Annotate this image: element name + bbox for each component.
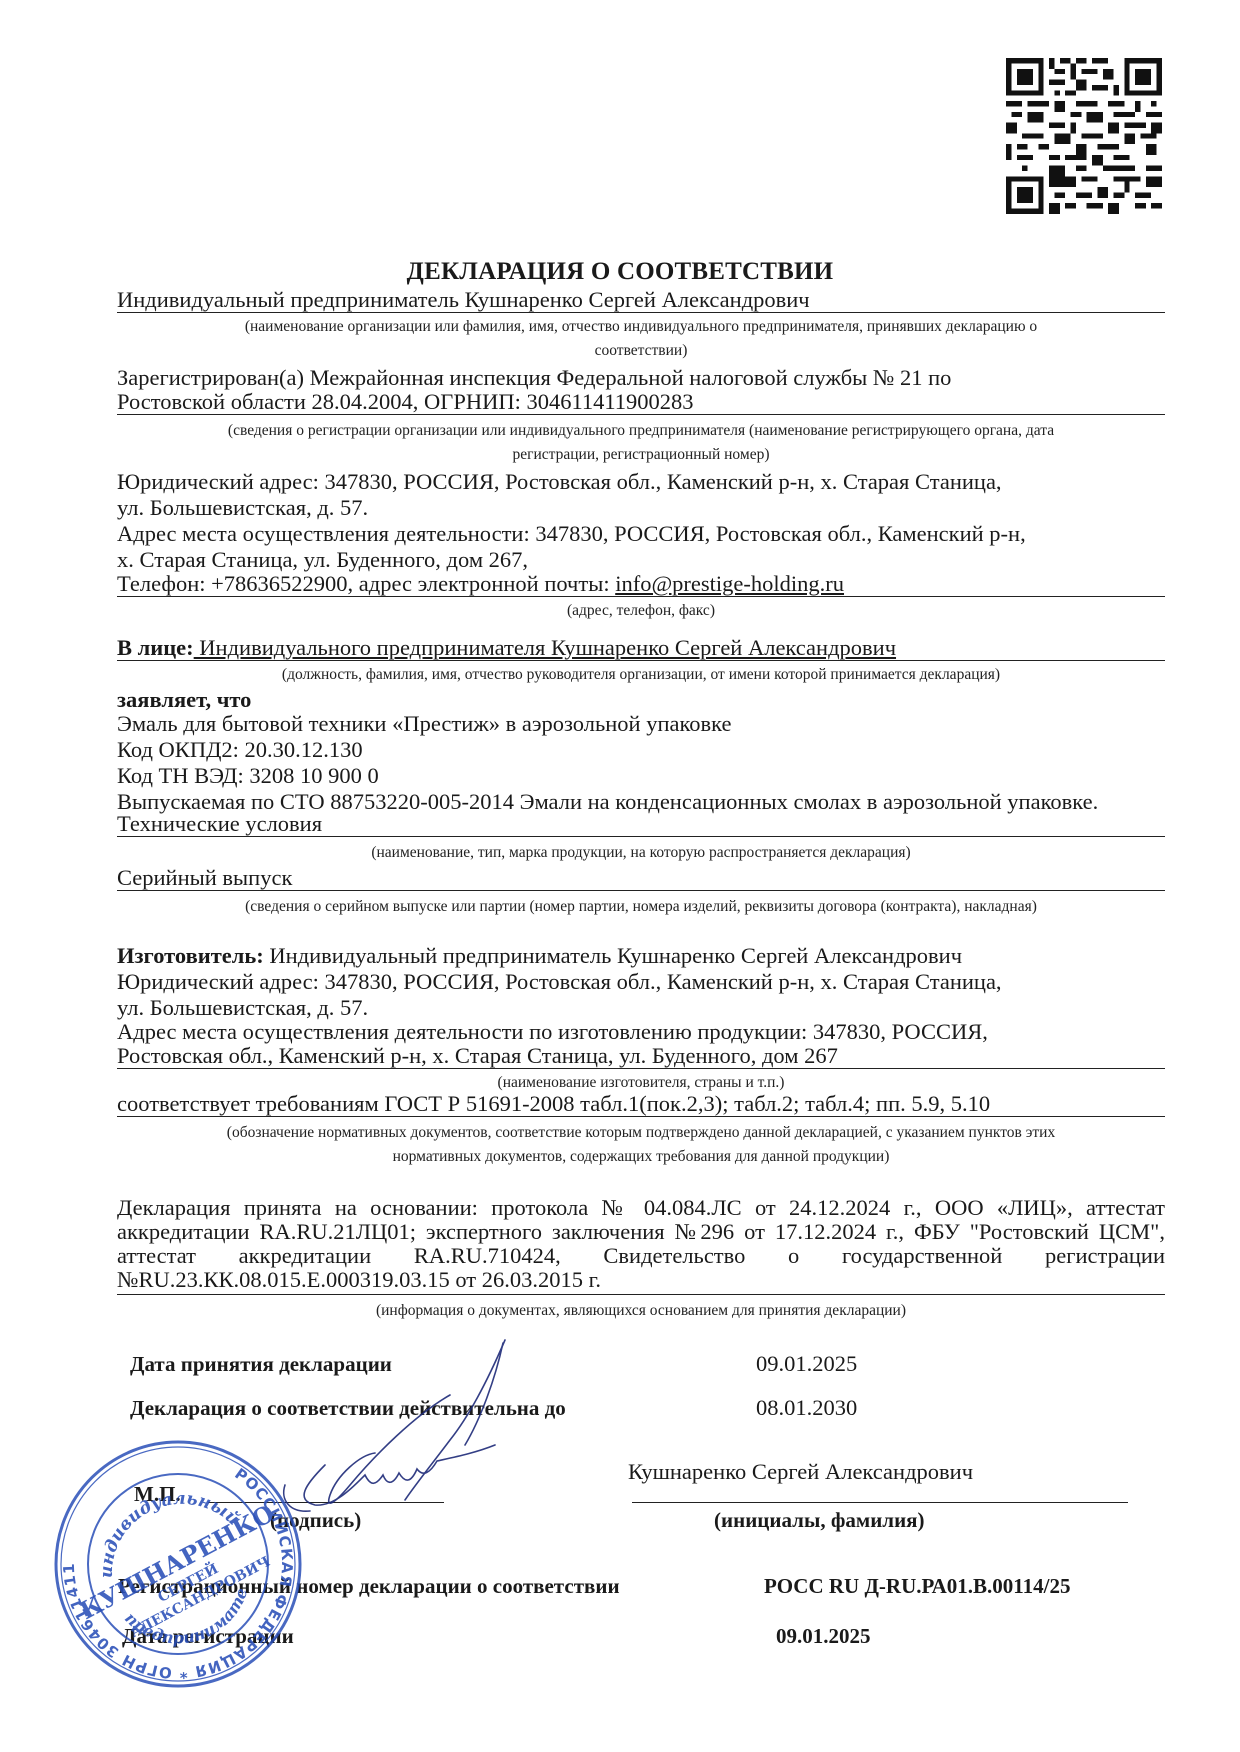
product-name: Эмаль для бытовой техники «Престиж» в аэ… xyxy=(117,712,1165,736)
handwritten-signature-icon xyxy=(265,1335,525,1520)
registration-line-1: Зарегистрирован(а) Межрайонная инспекция… xyxy=(117,366,1165,390)
batch-caption: (сведения о серийном выпуске или партии … xyxy=(117,894,1165,920)
activity-address-line-2: х. Старая Станица, ул. Буденного, дом 26… xyxy=(117,548,1165,572)
product-tn-ved: Код ТН ВЭД: 3208 10 900 0 xyxy=(117,764,1165,788)
legal-address-line-2: ул. Большевистская, д. 57. xyxy=(117,496,1165,520)
registration-line-2: Ростовской области 28.04.2004, ОГРНИП: 3… xyxy=(117,390,1165,415)
contact-line: Телефон: +78636522900, адрес электронной… xyxy=(117,572,1165,597)
signer-name: Кушнаренко Сергей Александрович xyxy=(628,1460,973,1484)
applicant-name: Индивидуальный предприниматель Кушнаренк… xyxy=(117,288,1165,313)
compliance-standard: соответствует требованиям ГОСТ Р 51691-2… xyxy=(117,1092,1165,1117)
registration-number-value: РОСС RU Д-RU.РА01.В.00114/25 xyxy=(764,1574,1070,1599)
accepted-date-value: 09.01.2025 xyxy=(756,1352,857,1376)
compliance-caption-2: нормативных документов, содержащих требо… xyxy=(117,1144,1165,1170)
address-caption: (адрес, телефон, факс) xyxy=(117,598,1165,624)
legal-address-line-1: Юридический адрес: 347830, РОССИЯ, Росто… xyxy=(117,470,1165,494)
valid-until-value: 08.01.2030 xyxy=(756,1396,857,1420)
basis-caption: (информация о документах, являющихся осн… xyxy=(117,1298,1165,1324)
manufacturer-name: Индивидуальный предприниматель Кушнаренк… xyxy=(264,943,962,968)
signer-caption: (инициалы, фамилия) xyxy=(714,1508,925,1533)
qr-code-icon xyxy=(1006,58,1162,214)
representative-line: В лице: Индивидуального предпринимателя … xyxy=(117,636,1165,661)
representative-label: В лице: xyxy=(117,635,194,660)
registration-date-value: 09.01.2025 xyxy=(776,1624,871,1649)
product-spec-2: Технические условия xyxy=(117,812,1165,837)
document-title: ДЕКЛАРАЦИЯ О СООТВЕТСТВИИ xyxy=(0,258,1240,286)
applicant-caption-2: соответствии) xyxy=(117,338,1165,364)
manufacturer-legal-1: Юридический адрес: 347830, РОССИЯ, Росто… xyxy=(117,970,1165,994)
applicant-caption-1: (наименование организации или фамилия, и… xyxy=(117,314,1165,340)
registration-caption-2: регистрации, регистрационный номер) xyxy=(117,442,1165,468)
declaration-page: ДЕКЛАРАЦИЯ О СООТВЕТСТВИИ Индивидуальный… xyxy=(0,0,1240,1752)
representative-caption: (должность, фамилия, имя, отчество руков… xyxy=(117,662,1165,688)
basis-text: Декларация принята на основании: протоко… xyxy=(117,1196,1165,1295)
product-caption: (наименование, тип, марка продукции, на … xyxy=(117,840,1165,866)
compliance-caption-1: (обозначение нормативных документов, соо… xyxy=(117,1120,1165,1146)
batch-value: Серийный выпуск xyxy=(117,866,1165,891)
manufacturer-label: Изготовитель: xyxy=(117,943,264,968)
contact-phone-text: Телефон: +78636522900, адрес электронной… xyxy=(117,571,615,596)
manufacturer-production-1: Адрес места осуществления деятельности п… xyxy=(117,1020,1165,1044)
representative-value: Индивидуального предпринимателя Кушнарен… xyxy=(194,635,896,660)
manufacturer-legal-2: ул. Большевистская, д. 57. xyxy=(117,996,1165,1020)
registration-caption-1: (сведения о регистрации организации или … xyxy=(117,418,1165,444)
declares-label: заявляет, что xyxy=(117,688,1165,712)
name-line xyxy=(632,1502,1128,1503)
activity-address-line-1: Адрес места осуществления деятельности: … xyxy=(117,522,1165,546)
email-link[interactable]: info@prestige-holding.ru xyxy=(615,571,844,596)
manufacturer-line: Изготовитель: Индивидуальный предпринима… xyxy=(117,944,1165,968)
product-okpd2: Код ОКПД2: 20.30.12.130 xyxy=(117,738,1165,762)
manufacturer-production-2: Ростовская обл., Каменский р-н, х. Стара… xyxy=(117,1044,1165,1069)
